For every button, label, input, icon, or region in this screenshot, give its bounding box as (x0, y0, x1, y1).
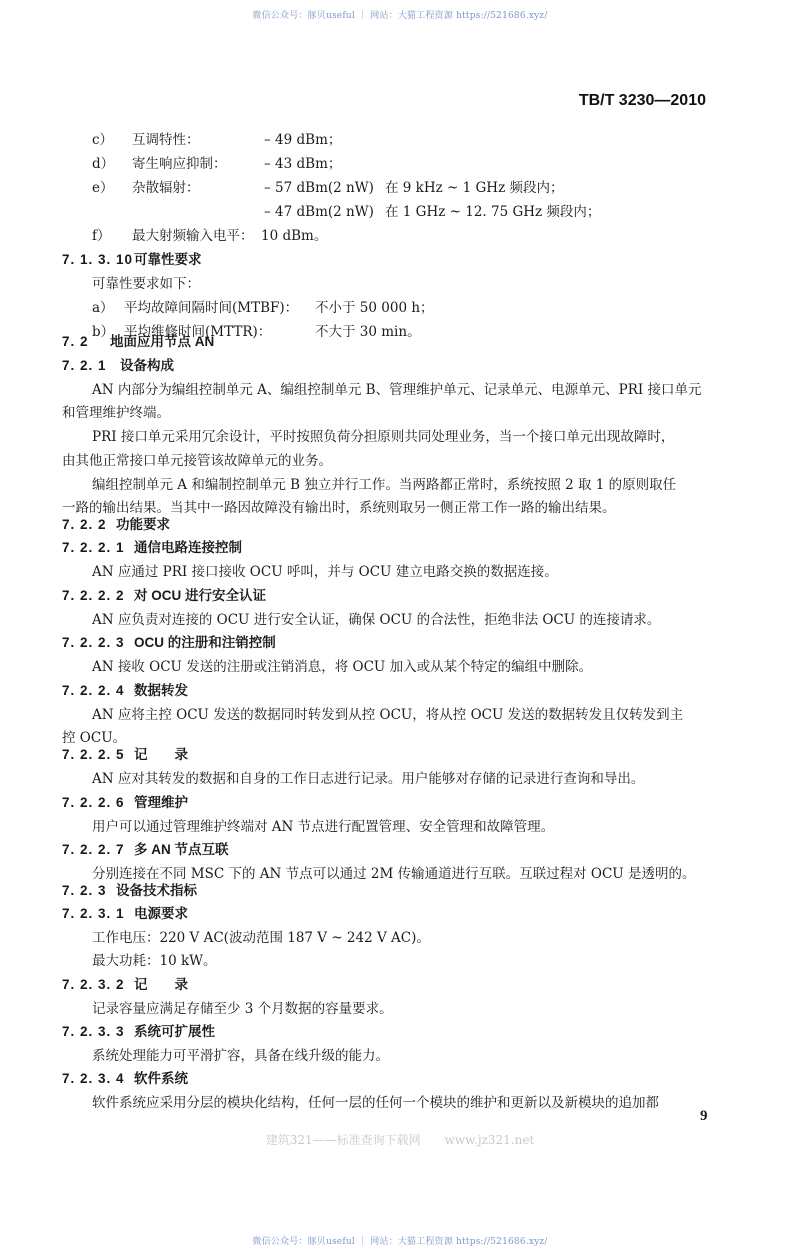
list-name: 最大射频输入电平： (132, 227, 261, 245)
list-item-a: a）平均故障间隔时间(MTBF)：不小于 50 000 h； (92, 299, 434, 317)
heading-7-2-3-1: 7. 2. 3. 1电源要求 (62, 905, 188, 923)
list-value: – 57 dBm(2 nW) (264, 179, 385, 197)
list-value: – 47 dBm(2 nW) (264, 203, 385, 221)
heading-7-2-3-3: 7. 2. 3. 3系统可扩展性 (62, 1023, 215, 1041)
page-number: 9 (700, 1108, 708, 1125)
paragraph: AN 应将主控 OCU 发送的数据同时转发到从控 OCU，将从控 OCU 发送的… (92, 706, 683, 724)
list-item-d: d）寄生响应抑制：– 43 dBm； (92, 155, 341, 173)
paragraph: 和管理维护终端。 (62, 404, 170, 422)
list-label: f） (92, 227, 132, 245)
list-label: e） (92, 179, 132, 197)
watermark-middle: 建筑321——标准查询下载网 www.jz321.net (0, 1131, 800, 1148)
list-item-e-cont: – 47 dBm(2 nW)在 1 GHz ~ 12. 75 GHz 频段内； (264, 203, 600, 221)
paragraph: AN 应负责对连接的 OCU 进行安全认证，确保 OCU 的合法性，拒绝非法 O… (92, 611, 660, 629)
paragraph: 软件系统应采用分层的模块化结构，任何一层的任何一个模块的维护和更新以及新模块的追… (92, 1094, 659, 1112)
paragraph: 控 OCU。 (62, 729, 126, 747)
heading-7-2-1: 7. 2. 1设备构成 (62, 357, 174, 375)
heading-7-2-3: 7. 2. 3设备技术指标 (62, 882, 197, 900)
paragraph: 最大功耗：10 kW。 (92, 952, 217, 970)
list-label: c） (92, 131, 132, 149)
heading-7-2-2-6: 7. 2. 2. 6管理维护 (62, 794, 188, 812)
paragraph: 由其他正常接口单元接管该故障单元的业务。 (62, 452, 332, 470)
paragraph: 一路的输出结果。当其中一路因故障没有输出时，系统则取另一侧正常工作一路的输出结果… (62, 499, 616, 517)
standard-number: TB/T 3230—2010 (579, 92, 706, 110)
list-range: 在 9 kHz ~ 1 GHz 频段内； (385, 180, 563, 196)
heading-7-2-2-5: 7. 2. 2. 5记 录 (62, 746, 188, 764)
paragraph: AN 应通过 PRI 接口接收 OCU 呼叫，并与 OCU 建立电路交换的数据连… (92, 563, 558, 581)
heading-7-2-2-3: 7. 2. 2. 3OCU 的注册和注销控制 (62, 634, 276, 652)
list-name: 寄生响应抑制： (132, 155, 264, 173)
heading-7-2-3-4: 7. 2. 3. 4软件系统 (62, 1070, 188, 1088)
paragraph: PRI 接口单元采用冗余设计，平时按照负荷分担原则共同处理业务，当一个接口单元出… (92, 428, 674, 446)
paragraph: 记录容量应满足存储至少 3 个月数据的容量要求。 (92, 1000, 393, 1018)
heading-7-2-3-2: 7. 2. 3. 2记 录 (62, 976, 188, 994)
list-name: 杂散辐射： (132, 179, 264, 197)
list-value: – 49 dBm； (264, 132, 341, 148)
paragraph: AN 接收 OCU 发送的注册或注销消息，将 OCU 加入或从某个特定的编组中删… (92, 658, 592, 676)
list-range: 在 1 GHz ~ 12. 75 GHz 频段内； (385, 204, 600, 220)
heading-7-2: 7. 2地面应用节点 AN (62, 333, 214, 351)
paragraph: AN 内部分为编组控制单元 A、编组控制单元 B、管理维护单元、记录单元、电源单… (92, 381, 701, 399)
heading-7-2-2: 7. 2. 2功能要求 (62, 516, 170, 534)
list-name: 互调特性： (132, 131, 264, 149)
paragraph: 用户可以通过管理维护终端对 AN 节点进行配置管理、安全管理和故障管理。 (92, 818, 554, 836)
heading-7-2-2-7: 7. 2. 2. 7多 AN 节点互联 (62, 841, 229, 859)
paragraph: 工作电压：220 V AC(波动范围 187 V ~ 242 V AC)。 (92, 929, 430, 947)
watermark-bottom: 微信公众号：豚贝useful ｜ 网站：大猫工程资源 https://52168… (0, 1234, 800, 1247)
list-value: 10 dBm。 (261, 228, 327, 244)
list-item-c: c）互调特性：– 49 dBm； (92, 131, 341, 149)
paragraph: AN 应对其转发的数据和自身的工作日志进行记录。用户能够对存储的记录进行查询和导… (92, 770, 644, 788)
list-label: d） (92, 155, 132, 173)
watermark-top: 微信公众号：豚贝useful ｜ 网站：大猫工程资源 https://52168… (0, 8, 800, 21)
heading-7-2-2-1: 7. 2. 2. 1通信电路连接控制 (62, 539, 242, 557)
heading-7-2-2-2: 7. 2. 2. 2对 OCU 进行安全认证 (62, 587, 266, 605)
list-item-f: f）最大射频输入电平：10 dBm。 (92, 227, 327, 245)
heading-7-2-2-4: 7. 2. 2. 4数据转发 (62, 682, 188, 700)
paragraph: 可靠性要求如下： (92, 275, 200, 293)
paragraph: 系统处理能力可平滑扩容，具备在线升级的能力。 (92, 1047, 389, 1065)
list-item-e: e）杂散辐射：– 57 dBm(2 nW)在 9 kHz ~ 1 GHz 频段内… (92, 179, 563, 197)
list-value: – 43 dBm； (264, 156, 341, 172)
heading-7-1-3-10: 7. 1. 3. 10可靠性要求 (62, 251, 202, 269)
paragraph: 编组控制单元 A 和编制控制单元 B 独立并行工作。当两路都正常时，系统按照 2… (92, 476, 676, 494)
paragraph: 分别连接在不同 MSC 下的 AN 节点可以通过 2M 传输通道进行互联。互联过… (92, 865, 695, 883)
